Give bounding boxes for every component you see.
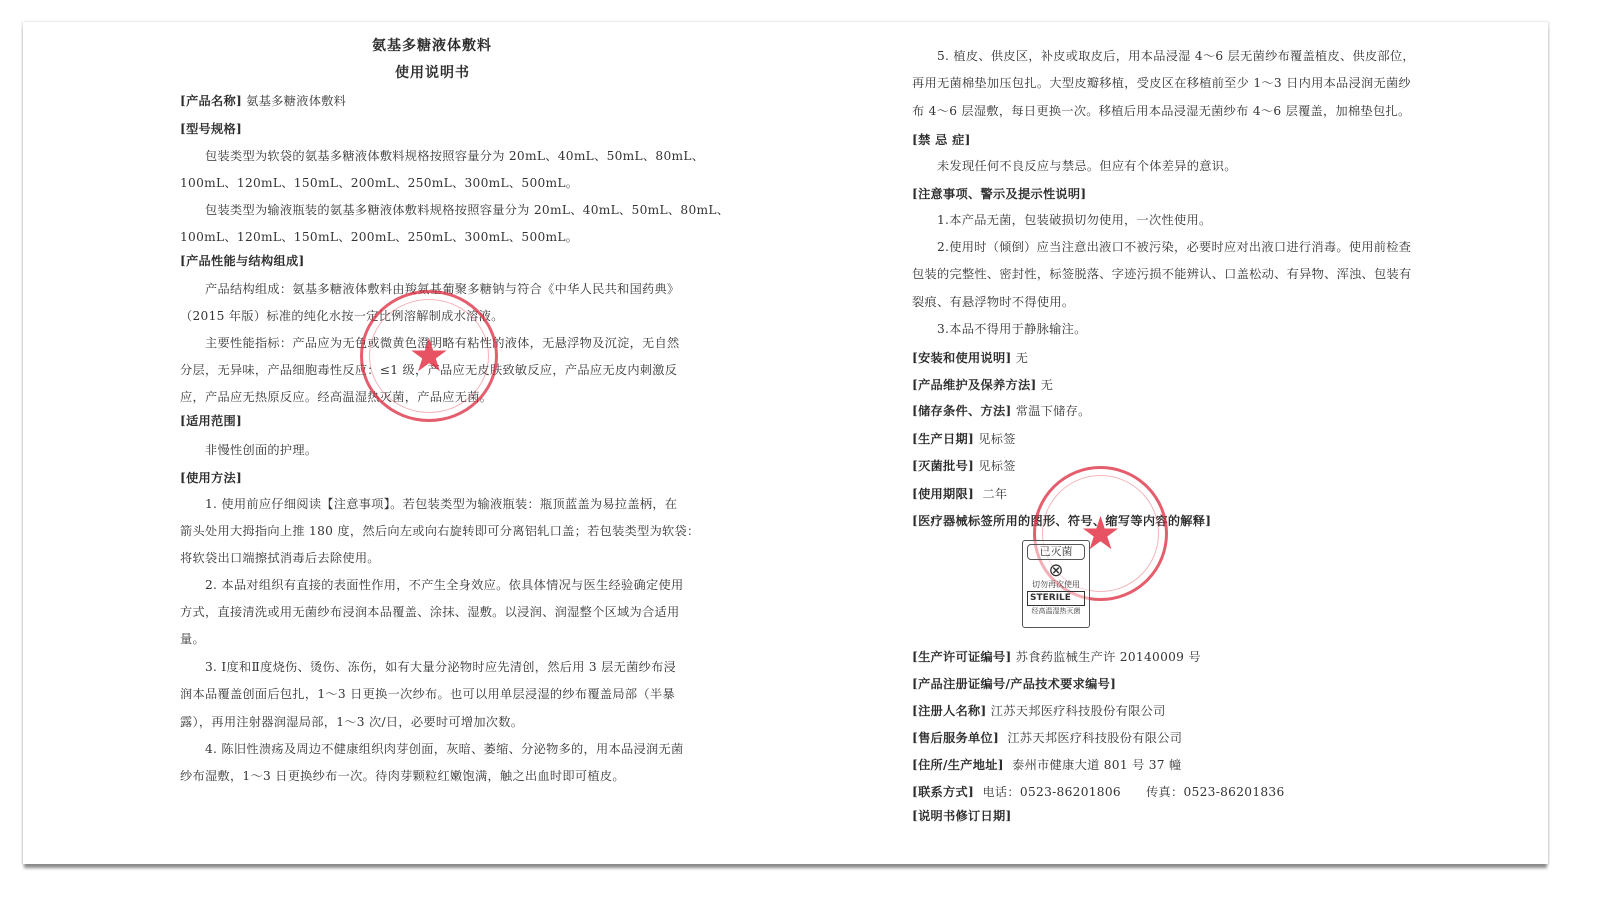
field-label: [安装和使用说明] xyxy=(912,351,1012,365)
field-row: [灭菌批号] 见标签 xyxy=(912,453,1016,481)
section-heading: [注意事项、警示及提示性说明] xyxy=(912,181,1086,209)
section-heading: [适用范围] xyxy=(180,408,242,436)
paragraph-line: 2. 本品对组织有直接的表面性作用，不产生全身效应。依具体情况与医生经验确定使用 xyxy=(180,572,683,600)
paragraph-line: 箭头处用大拇指向上推 180 度，然后向左或向右旋转即可分离铝轧口盖；若包装类型… xyxy=(180,518,700,546)
paragraph-line: 润本品覆盖创面后包扎，1～3 日更换一次纱布。也可以用单层浸湿的纱布覆盖局部（半… xyxy=(180,681,675,709)
field-label: [生产日期] xyxy=(912,432,974,446)
paragraph-line: 3.本品不得用于静脉输注。 xyxy=(912,316,1087,344)
field-value: 泰州市健康大道 801 号 37 幢 xyxy=(1004,758,1182,772)
paragraph-line: 未发现任何不良反应与禁忌。但应有个体差异的意识。 xyxy=(912,153,1237,181)
paragraph-line: 4. 陈旧性溃疡及周边不健康组织肉芽创面，灰暗、萎缩、分泌物多的，用本品浸润无菌 xyxy=(180,736,683,764)
paragraph-line: 将软袋出口端擦拭消毒后去除使用。 xyxy=(180,545,380,573)
paragraph-line: 量。 xyxy=(180,626,205,654)
paragraph-line: 3. Ⅰ度和Ⅱ度烧伤、烫伤、冻伤，如有大量分泌物时应先清创，然后用 3 层无菌纱… xyxy=(180,654,676,682)
paragraph-line: 2.使用时（倾倒）应当注意出液口不被污染，必要时应对出液口进行消毒。使用前检查 xyxy=(912,234,1411,262)
field-value: 见标签 xyxy=(974,459,1016,473)
field-row: [注册人名称] 江苏天邦医疗科技股份有限公司 xyxy=(912,698,1166,726)
field-label: [灭菌批号] xyxy=(912,459,974,473)
paragraph-line: 裂痕、有悬浮物时不得使用。 xyxy=(912,289,1074,317)
do-not-reuse-icon: ⊗ xyxy=(1023,562,1089,580)
document-subtitle: 使用说明书 xyxy=(395,62,470,82)
field-value: 见标签 xyxy=(974,432,1016,446)
field-value: 二年 xyxy=(974,487,1007,501)
sterilization-caption: 经高温湿热灭菌 xyxy=(1023,607,1089,616)
section-heading: [型号规格] xyxy=(180,116,242,144)
paragraph-line: 1.本产品无菌，包装破损切勿使用，一次性使用。 xyxy=(912,207,1211,235)
field-label: [储存条件、方法] xyxy=(912,404,1012,418)
field-label: [生产许可证编号] xyxy=(912,650,1012,664)
field-value: 氨基多糖液体敷料 xyxy=(242,94,346,108)
field-row: [产品名称] 氨基多糖液体敷料 xyxy=(180,88,346,116)
section-heading: [产品注册证编号/产品技术要求编号] xyxy=(912,671,1116,699)
field-value: 常温下储存。 xyxy=(1012,404,1091,418)
field-label: [注册人名称] xyxy=(912,704,987,718)
company-seal-left: ★ xyxy=(360,290,498,422)
section-heading: [产品性能与结构组成] xyxy=(180,248,305,276)
paragraph-line: 1. 使用前应仔细阅读【注意事项】。若包装类型为输液瓶装：瓶顶蓝盖为易拉盖柄，在 xyxy=(180,491,677,519)
field-label: [售后服务单位] xyxy=(912,731,999,745)
paragraph-line: 再用无菌棉垫加压包扎。大型皮瓣移植，受皮区在移植前至少 1～3 日内用本品浸润无… xyxy=(912,70,1411,98)
field-row: [生产许可证编号] 苏食药监械生产许 20140009 号 xyxy=(912,644,1201,672)
field-label: [住所/生产地址] xyxy=(912,758,1004,772)
field-row: [使用期限] 二年 xyxy=(912,481,1007,509)
sterilized-label: 已灭菌 xyxy=(1027,544,1085,560)
field-label: [产品维护及保养方法] xyxy=(912,378,1037,392)
field-label: [联系方式] xyxy=(912,785,974,799)
paragraph-line: 纱布湿敷，1～3 日更换纱布一次。待肉芽颗粒红嫩饱满，触之出血时即可植皮。 xyxy=(180,763,625,791)
paragraph-line: 布 4～6 层湿敷，每日更换一次。移植后用本品浸湿无菌纱布 4～6 层覆盖，加棉… xyxy=(912,98,1410,126)
section-heading: [说明书修订日期] xyxy=(912,803,1012,831)
section-heading: [禁 忌 症] xyxy=(912,127,971,155)
paragraph-line: 包装类型为输液瓶装的氨基多糖液体敷料规格按照容量分为 20mL、40mL、50m… xyxy=(180,197,729,225)
field-row: [安装和使用说明] 无 xyxy=(912,345,1028,373)
paragraph-line: 方式，直接清洗或用无菌纱布浸润本品覆盖、涂抹、湿敷。以浸润、润湿整个区域为合适用 xyxy=(180,599,680,627)
paragraph-line: 非慢性创面的护理。 xyxy=(180,437,317,465)
field-value: 苏食药监械生产许 20140009 号 xyxy=(1012,650,1201,664)
field-value: 江苏天邦医疗科技股份有限公司 xyxy=(999,731,1182,745)
field-row: [售后服务单位] 江苏天邦医疗科技股份有限公司 xyxy=(912,725,1182,753)
paragraph-line: 100mL、120mL、150mL、200mL、250mL、300mL、500m… xyxy=(180,170,578,198)
field-label: [产品名称] xyxy=(180,94,242,108)
field-row: [住所/生产地址] 泰州市健康大道 801 号 37 幢 xyxy=(912,752,1182,780)
sterile-icon: STERILE xyxy=(1027,591,1085,606)
field-value: 电话：0523-86201806 传真：0523-86201836 xyxy=(974,785,1284,799)
label-symbol-box: 已灭菌 ⊗ 切勿再次使用 STERILE 经高温湿热灭菌 xyxy=(1022,540,1090,628)
section-heading: [使用方法] xyxy=(180,465,242,493)
field-row: [产品维护及保养方法] 无 xyxy=(912,372,1053,400)
field-row: [生产日期] 见标签 xyxy=(912,426,1016,454)
paragraph-line: 露），再用注射器润湿局部，1～3 次/日，必要时可增加次数。 xyxy=(180,709,523,737)
field-row: [储存条件、方法] 常温下储存。 xyxy=(912,398,1091,426)
field-value: 无 xyxy=(1012,351,1029,365)
paragraph-line: 5. 植皮、供皮区，补皮或取皮后，用本品浸湿 4～6 层无菌纱布覆盖植皮、供皮部… xyxy=(912,43,1415,71)
field-label: [使用期限] xyxy=(912,487,974,501)
paragraph-line: 包装类型为软袋的氨基多糖液体敷料规格按照容量分为 20mL、40mL、50mL、… xyxy=(180,143,704,171)
star-icon: ★ xyxy=(408,332,449,378)
document-title: 氨基多糖液体敷料 xyxy=(372,35,492,55)
field-value: 江苏天邦医疗科技股份有限公司 xyxy=(987,704,1166,718)
paragraph-line: 包装的完整性、密封性，标签脱落、字迹污损不能辨认、口盖松动、有异物、浑浊、包装有 xyxy=(912,261,1412,289)
field-value: 无 xyxy=(1037,378,1054,392)
do-not-reuse-caption: 切勿再次使用 xyxy=(1023,580,1089,590)
